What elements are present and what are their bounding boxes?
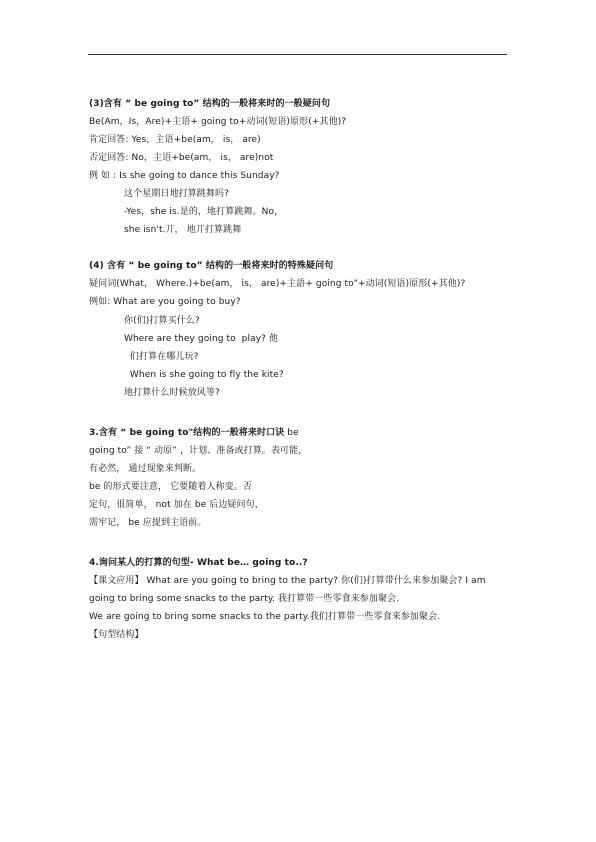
text-line: Be(Am，Is，Are)+主语+ going to+动词(短语)原形(+其他)…: [89, 116, 346, 128]
text-line: 例如: What are you going to buy?: [89, 296, 241, 308]
text-line: 肯定回答: Yes，主语+be(am， is， are): [89, 134, 261, 146]
indented-line: 们打算在哪儿玩?: [124, 351, 199, 363]
section-heading-4: (4) 含有 “ be going to” 结构的一般将来时的特殊疑问句: [89, 260, 333, 272]
section-heading-mnemonic: 3.含有 “ be going to"结构的一般将来时口诀 be: [89, 427, 299, 439]
text-line: be 的形式要注意， 它要随着人称变。否: [89, 481, 252, 493]
text-line: 否定回答: No，主语+be(am， is， are)not: [89, 152, 273, 164]
text-line: 【课文应用】 What are you going to bring to th…: [89, 575, 486, 587]
indented-line: When is she going to fly the kite?: [124, 369, 284, 381]
heading-bold-part: 3.含有 “ be going to"结构的一般将来时口诀: [89, 428, 284, 438]
indented-line: she isn't.丌， 地丌打算跳舞: [124, 224, 241, 236]
text-line: going to” 接 “ 动原” ，计划、准备或打算。表可能，: [89, 445, 307, 457]
text-line: going to bring some snacks to the party.…: [89, 593, 399, 605]
section-heading-pattern: 4.询问某人的打算的句型- What be… going to..?: [89, 557, 308, 569]
indented-line: Where are they going to play? 他: [124, 333, 278, 345]
section-heading-3: (3)含有 “ be going to” 结构的一般将来时的一般疑问句: [89, 98, 330, 110]
text-line: 例 如 : Is she going to dance this Sunday?: [89, 170, 280, 182]
indented-line: 地打算什么时候放风等?: [124, 387, 220, 399]
indented-line: -Yes，she is.是的，地打算跳舞。No，: [124, 206, 283, 218]
text-line: 定句，很简单， not 加在 be 后边疑问句，: [89, 499, 264, 511]
indented-line: 这个星期日地打算跳舞吗?: [124, 188, 229, 200]
text-line: 疑问词(What， Where.)+be(am， is， are)+主語+ go…: [89, 278, 465, 290]
text-line: We are going to bring some snacks to the…: [89, 611, 440, 623]
header-rule: [88, 54, 507, 55]
indented-line: 你(们)打算买什么?: [124, 315, 200, 327]
text-line: 有必然， 通过现象来判断。: [89, 463, 201, 475]
text-line: 需牢记， be 应提到主语前。: [89, 517, 206, 529]
heading-tail: be: [284, 428, 298, 438]
text-line: 【句型结构】: [89, 629, 144, 641]
